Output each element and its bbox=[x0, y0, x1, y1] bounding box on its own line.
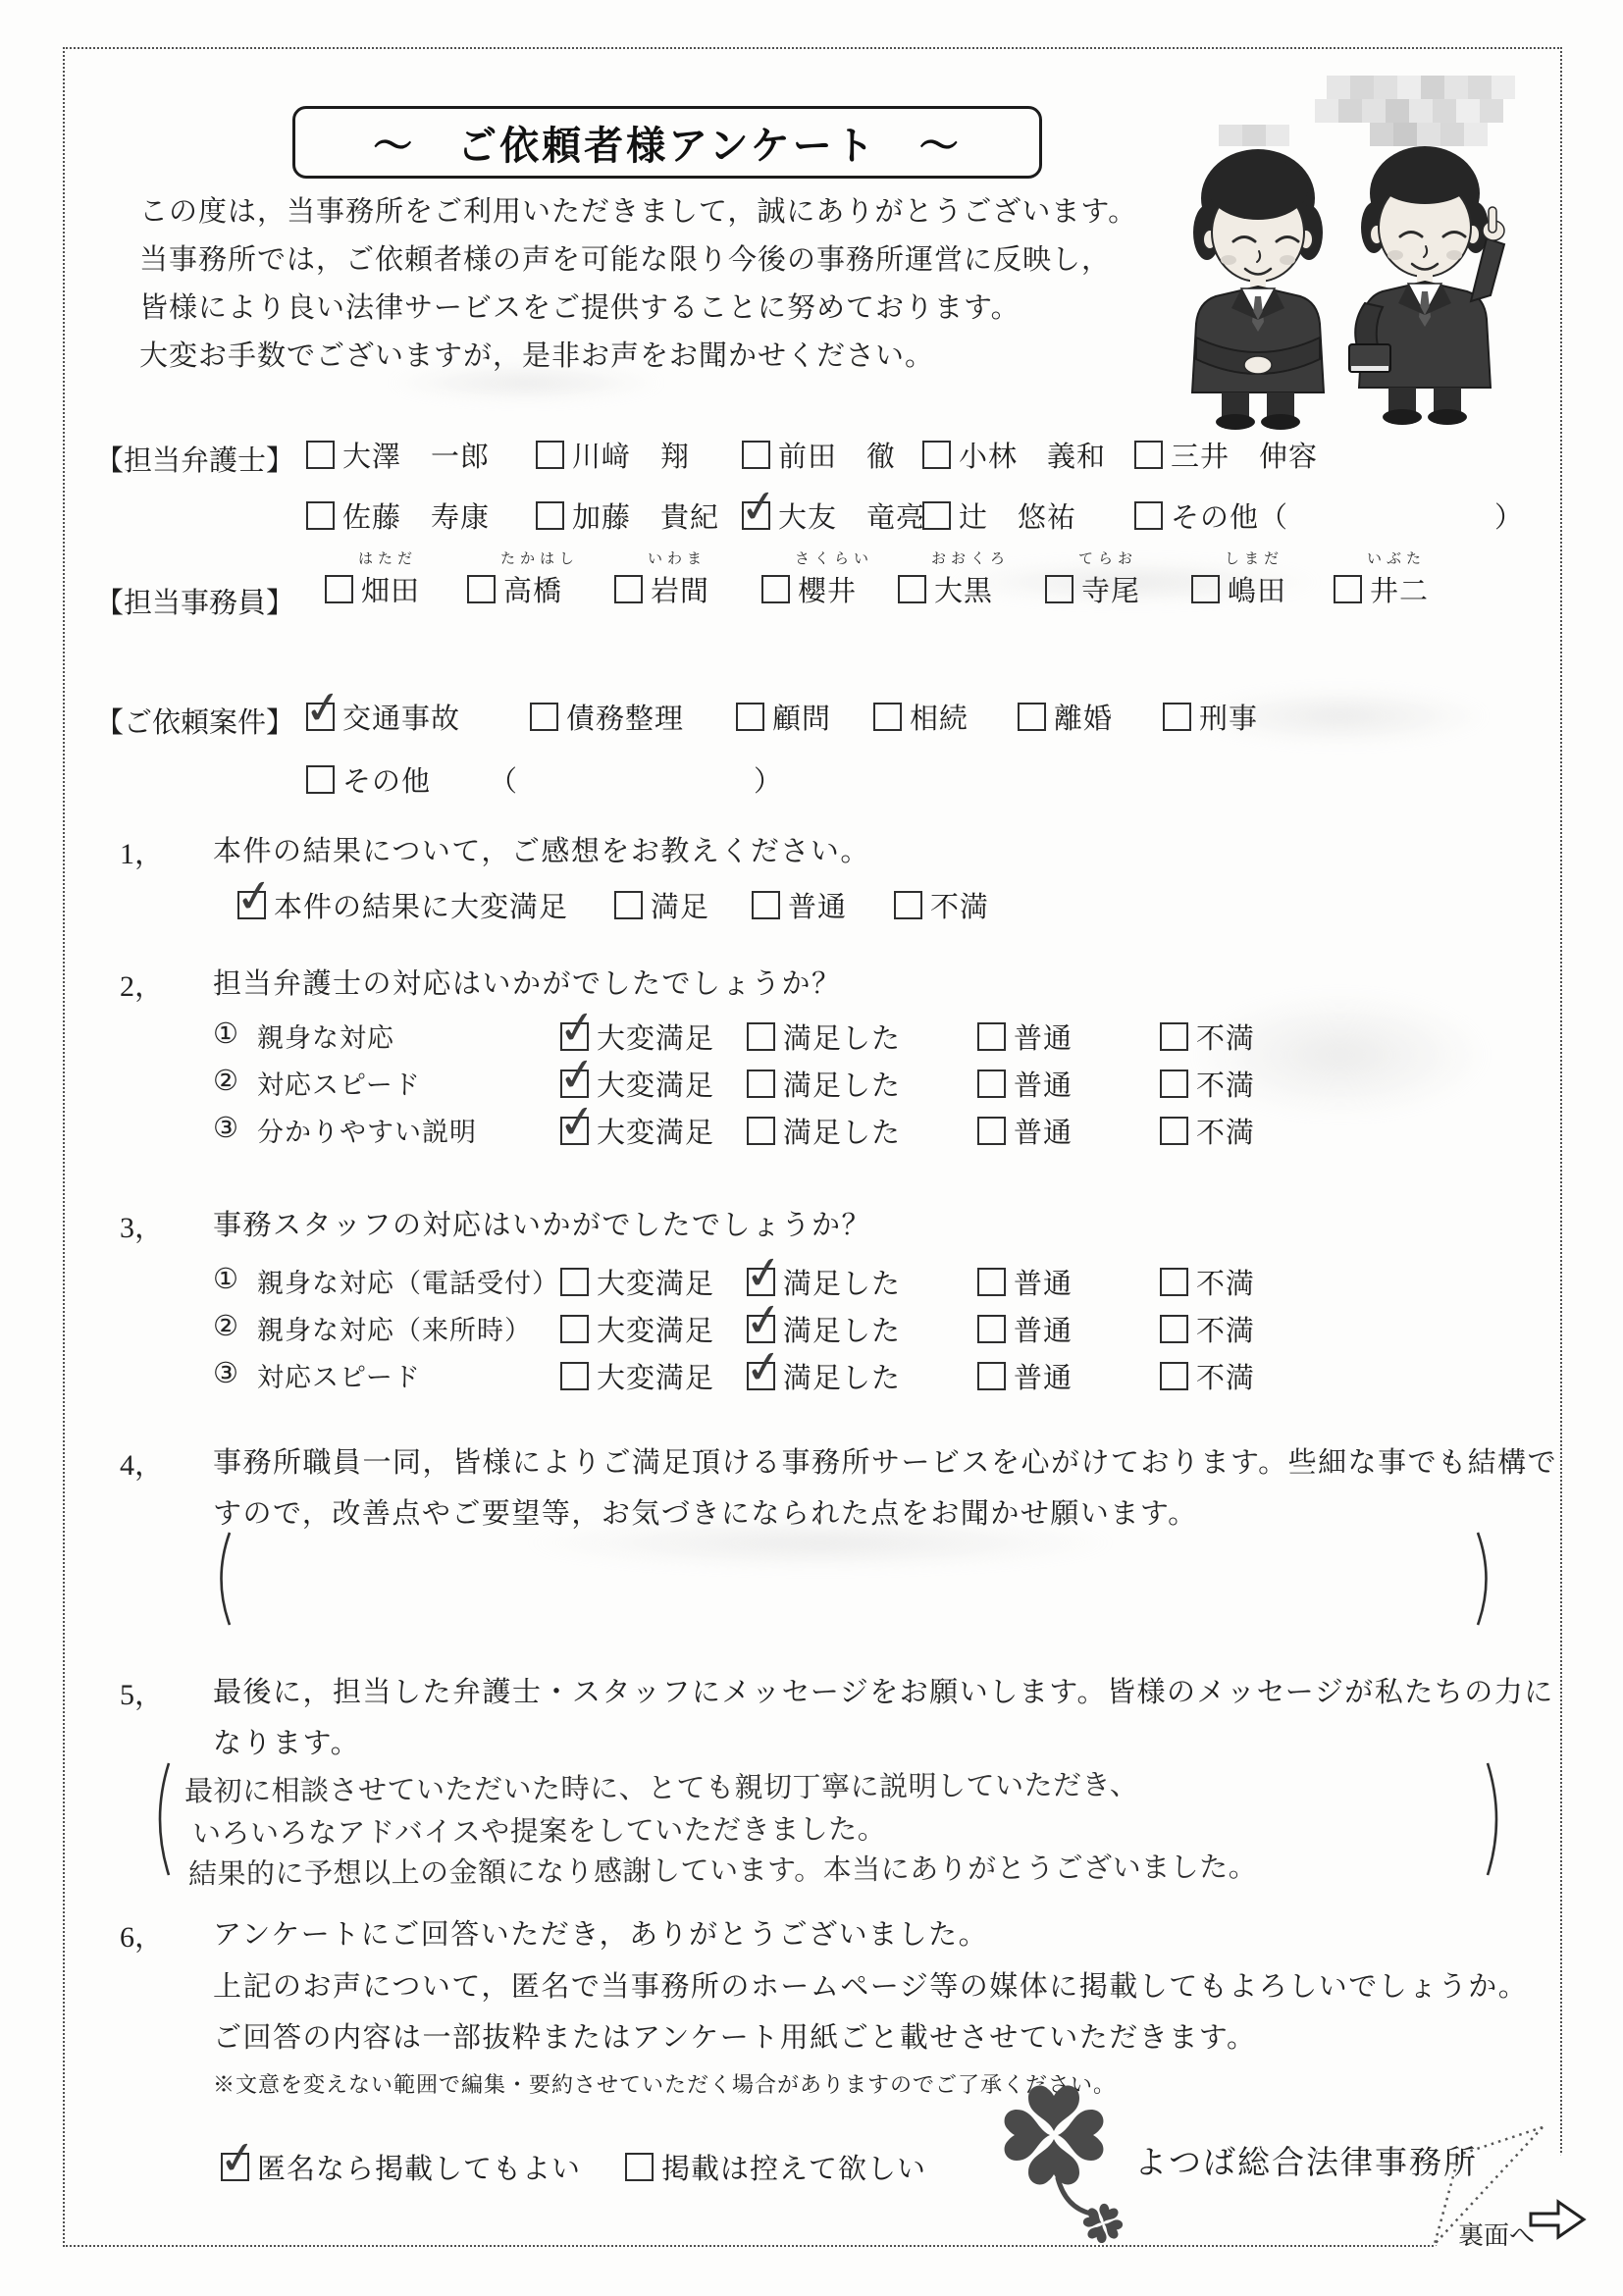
checkbox[interactable] bbox=[1160, 1070, 1188, 1098]
option-label: 加藤 貴紀 bbox=[572, 496, 719, 536]
option-label: 交通事故 bbox=[342, 697, 460, 737]
option-label: 前田 徹 bbox=[778, 435, 896, 475]
option-label: 不満 bbox=[1196, 1017, 1255, 1057]
checkbox[interactable] bbox=[1160, 1268, 1188, 1296]
two-lawyers-cartoon bbox=[1160, 76, 1552, 439]
row-label: 親身な対応 bbox=[257, 1017, 394, 1055]
handwritten-message-line: いろいろなアドバイスや提案をしていただきました。 bbox=[192, 1807, 886, 1852]
option-label: 大変満足 bbox=[597, 1064, 714, 1104]
option-label: 大黒 bbox=[934, 569, 993, 609]
row-number: ③ bbox=[213, 1356, 238, 1390]
option-label: 刑事 bbox=[1199, 697, 1258, 737]
q2-text: 担当弁護士の対応はいかがでしたでしょうか？ bbox=[213, 962, 842, 1002]
furigana: てらお bbox=[1045, 548, 1140, 569]
option-label: 佐藤 寿康 bbox=[342, 496, 490, 536]
option-label: 不満 bbox=[930, 885, 989, 925]
furigana: しまだ bbox=[1191, 548, 1286, 569]
row-label: 親身な対応（来所時） bbox=[257, 1309, 532, 1347]
checkbox[interactable] bbox=[237, 891, 266, 919]
row-number: ① bbox=[213, 1262, 238, 1296]
checkbox[interactable] bbox=[536, 441, 564, 469]
q3-option[interactable]: 不満 bbox=[1160, 1309, 1255, 1349]
checkbox[interactable] bbox=[1163, 703, 1191, 731]
checkbox[interactable] bbox=[536, 501, 564, 530]
furigana: いぶた bbox=[1334, 548, 1429, 569]
case-option[interactable]: 相続 bbox=[873, 697, 969, 737]
option-label: その他 bbox=[342, 759, 431, 800]
option-label: 普通 bbox=[1014, 1262, 1073, 1302]
q2-option[interactable]: 普通 bbox=[977, 1111, 1073, 1151]
checkbox[interactable] bbox=[977, 1315, 1006, 1343]
lawyer-option[interactable]: 前田 徹 bbox=[742, 435, 896, 475]
staff-option[interactable]: しまだ嶋田 bbox=[1191, 548, 1286, 609]
lawyer-row-2: 佐藤 寿康 加藤 貴紀 大友 竜亮 辻 悠祐 その他（ ） bbox=[65, 496, 1560, 537]
q1-option[interactable]: 満足 bbox=[614, 885, 709, 925]
lawyer-option[interactable]: 加藤 貴紀 bbox=[536, 496, 719, 536]
q1-option[interactable]: 普通 bbox=[752, 885, 847, 925]
option-label: 債務整理 bbox=[566, 697, 684, 737]
checkbox[interactable] bbox=[1160, 1022, 1188, 1051]
mosaic-redaction bbox=[1219, 76, 1515, 146]
q3-row-3: ③ 対応スピード 大変満足 満足した 普通 不満 bbox=[65, 1356, 1560, 1397]
q1-option[interactable]: 不満 bbox=[894, 885, 989, 925]
q4-text-line1: 事務所職員一同，皆様によりご満足頂ける事務所サービスを心がけております。些細な事… bbox=[213, 1440, 1557, 1481]
option-label: 掲載は控えて欲しい bbox=[661, 2147, 926, 2187]
option-label: 大澤 一郎 bbox=[342, 435, 490, 475]
checkbox[interactable] bbox=[1134, 501, 1163, 530]
q1-text: 本件の結果について，ご感想をお教えください。 bbox=[213, 829, 870, 869]
left-lawyer bbox=[1192, 149, 1324, 430]
checkbox[interactable] bbox=[1134, 441, 1163, 469]
q2-option[interactable]: 普通 bbox=[977, 1017, 1073, 1057]
handwritten-message-line: 最初に相談させていただいた時に、とても親切丁寧に説明していただき、 bbox=[184, 1763, 1139, 1810]
checkbox[interactable] bbox=[560, 1362, 589, 1390]
q2-option[interactable]: 普通 bbox=[977, 1064, 1073, 1104]
option-label: 大変満足 bbox=[597, 1111, 714, 1151]
checkbox[interactable] bbox=[736, 703, 764, 731]
form-title: ～ ご依頼者様アンケート ～ bbox=[373, 115, 962, 171]
option-label: 満足した bbox=[783, 1017, 901, 1057]
q3-text: 事務スタッフの対応はいかがでしたでしょうか？ bbox=[213, 1203, 871, 1243]
q2-option[interactable]: 大変満足 bbox=[560, 1111, 714, 1151]
checkbox[interactable] bbox=[1045, 575, 1073, 603]
checkbox[interactable] bbox=[977, 1117, 1006, 1145]
open-bracket bbox=[147, 1760, 173, 1883]
q2-option[interactable]: 不満 bbox=[1160, 1064, 1255, 1104]
option-label: 普通 bbox=[1014, 1111, 1073, 1151]
option-label: 寺尾 bbox=[1081, 569, 1140, 609]
row-label: 親身な対応（電話受付） bbox=[257, 1262, 559, 1300]
q3-option[interactable]: 不満 bbox=[1160, 1356, 1255, 1396]
right-arrow-icon[interactable] bbox=[1527, 2194, 1588, 2250]
option-label: 普通 bbox=[1014, 1017, 1073, 1057]
checkbox[interactable] bbox=[560, 1117, 589, 1145]
case-option[interactable]: 債務整理 bbox=[530, 697, 684, 737]
row-label: 対応スピード bbox=[257, 1064, 421, 1102]
checkbox[interactable] bbox=[530, 703, 558, 731]
row-number: ③ bbox=[213, 1111, 238, 1145]
form-title-box: ～ ご依頼者様アンケート ～ bbox=[292, 106, 1042, 179]
intro-line: この度は，当事務所をご利用いただきまして，誠にありがとうございます。 bbox=[139, 188, 1137, 236]
close-bracket bbox=[1474, 1530, 1499, 1633]
option-label: 満足した bbox=[783, 1111, 901, 1151]
checkbox[interactable] bbox=[560, 1315, 589, 1343]
q1-options: 本件の結果に大変満足 満足 普通 不満 bbox=[65, 885, 1560, 926]
q2-option[interactable]: 満足した bbox=[747, 1111, 901, 1151]
row-number: ② bbox=[213, 1064, 238, 1098]
option-label: 満足した bbox=[783, 1064, 901, 1104]
q2-option[interactable]: 不満 bbox=[1160, 1017, 1255, 1057]
row-number: ② bbox=[213, 1309, 238, 1343]
q3-number: 3， bbox=[120, 1203, 164, 1246]
option-label: 岩間 bbox=[651, 569, 709, 609]
checkbox[interactable] bbox=[614, 891, 643, 919]
staff-option[interactable]: おおくろ大黒 bbox=[898, 548, 1010, 609]
option-label: 普通 bbox=[788, 885, 847, 925]
staff-option[interactable]: てらお寺尾 bbox=[1045, 548, 1140, 609]
close-bracket bbox=[1484, 1760, 1509, 1883]
q2-row-1: ① 親身な対応 大変満足 満足した 普通 不満 bbox=[65, 1017, 1560, 1058]
checkbox[interactable] bbox=[325, 575, 353, 603]
intro-line: 当事務所では，ご依頼者様の声を可能な限り今後の事務所運営に反映し， bbox=[139, 236, 1137, 285]
checkbox[interactable] bbox=[625, 2153, 654, 2181]
option-label: 満足した bbox=[783, 1309, 901, 1349]
furigana: さくらい bbox=[761, 548, 873, 569]
checkbox[interactable] bbox=[306, 703, 335, 731]
furigana: たかはし bbox=[467, 548, 579, 569]
q5-text-line2: なります。 bbox=[213, 1721, 360, 1761]
checkbox[interactable] bbox=[922, 501, 951, 530]
checkbox[interactable] bbox=[977, 1022, 1006, 1051]
checkbox[interactable] bbox=[306, 441, 335, 469]
lawyer-row-1: 大澤 一郎 川﨑 翔 前田 徹 小林 義和 三井 伸容 bbox=[65, 435, 1560, 476]
checkbox[interactable] bbox=[614, 575, 643, 603]
staff-option[interactable]: いぶた井二 bbox=[1334, 548, 1429, 609]
option-label: 高橋 bbox=[503, 569, 562, 609]
open-bracket bbox=[208, 1530, 234, 1633]
q3-option[interactable]: 大変満足 bbox=[560, 1309, 714, 1349]
row-label: 分かりやすい説明 bbox=[257, 1111, 477, 1149]
option-label: 小林 義和 bbox=[959, 435, 1106, 475]
other-fill-in-paren[interactable]: （ ） bbox=[489, 759, 783, 800]
option-label: 顧問 bbox=[772, 697, 831, 737]
publish-option[interactable]: 匿名なら掲載してもよい bbox=[221, 2147, 581, 2187]
option-label: 大変満足 bbox=[597, 1017, 714, 1057]
option-label: 大変満足 bbox=[597, 1262, 714, 1302]
page-fold bbox=[1344, 2011, 1623, 2296]
option-label: 普通 bbox=[1014, 1356, 1073, 1396]
option-label: 不満 bbox=[1196, 1064, 1255, 1104]
lawyer-option[interactable]: 大澤 一郎 bbox=[306, 435, 490, 475]
option-label: 普通 bbox=[1014, 1309, 1073, 1349]
option-label: 嶋田 bbox=[1228, 569, 1286, 609]
checkbox[interactable] bbox=[221, 2153, 249, 2181]
case-option[interactable]: 顧問 bbox=[736, 697, 831, 737]
checkbox[interactable] bbox=[747, 1070, 775, 1098]
furigana: はただ bbox=[325, 548, 420, 569]
option-label: 大変満足 bbox=[597, 1356, 714, 1396]
lawyer-option[interactable]: その他（ ） bbox=[1134, 496, 1524, 536]
option-label: 三井 伸容 bbox=[1171, 435, 1318, 475]
checkbox[interactable] bbox=[747, 1022, 775, 1051]
checkbox[interactable] bbox=[873, 703, 902, 731]
option-label: 匿名なら掲載してもよい bbox=[257, 2147, 581, 2187]
lawyer-option[interactable]: 辻 悠祐 bbox=[922, 496, 1076, 536]
checkbox[interactable] bbox=[1334, 575, 1362, 603]
intro-line: 皆様により良い法律サービスをご提供することに努めております。 bbox=[139, 285, 1137, 333]
option-label: 満足 bbox=[651, 885, 709, 925]
q2-option[interactable]: 不満 bbox=[1160, 1111, 1255, 1151]
checkbox[interactable] bbox=[560, 1268, 589, 1296]
option-label: 畑田 bbox=[361, 569, 420, 609]
lawyer-option[interactable]: 佐藤 寿康 bbox=[306, 496, 490, 536]
q2-option[interactable]: 満足した bbox=[747, 1017, 901, 1057]
publish-option[interactable]: 掲載は控えて欲しい bbox=[625, 2147, 926, 2187]
checkbox[interactable] bbox=[977, 1268, 1006, 1296]
option-label: 普通 bbox=[1014, 1064, 1073, 1104]
option-label: その他（ ） bbox=[1171, 496, 1524, 536]
checkbox[interactable] bbox=[1191, 575, 1220, 603]
checkbox[interactable] bbox=[1160, 1362, 1188, 1390]
handwritten-message-line: 結果的に予想以上の金額になり感謝しています。本当にありがとうございました。 bbox=[188, 1845, 1257, 1893]
right-lawyer bbox=[1349, 146, 1504, 425]
lawyer-option[interactable]: 大友 竜亮 bbox=[742, 496, 925, 536]
checkbox[interactable] bbox=[922, 441, 951, 469]
option-label: 井二 bbox=[1370, 569, 1429, 609]
checkbox[interactable] bbox=[898, 575, 926, 603]
q3-option[interactable]: 普通 bbox=[977, 1309, 1073, 1349]
checkbox[interactable] bbox=[1160, 1315, 1188, 1343]
case-row-2: その他 （ ） bbox=[65, 759, 1560, 801]
option-label: 辻 悠祐 bbox=[959, 496, 1076, 536]
q6-text-line3: ご回答の内容は一部抜粋またはアンケート用紙ごと載せさせていただきます。 bbox=[213, 2015, 1256, 2056]
intro-paragraph: この度は，当事務所をご利用いただきまして，誠にありがとうございます。 当事務所で… bbox=[139, 188, 1137, 381]
furigana: いわま bbox=[614, 548, 709, 569]
checkbox[interactable] bbox=[306, 501, 335, 530]
option-label: 川﨑 翔 bbox=[572, 435, 690, 475]
option-label: 不満 bbox=[1196, 1309, 1255, 1349]
q2-row-3: ③ 分かりやすい説明 大変満足 満足した 普通 不満 bbox=[65, 1111, 1560, 1152]
q4-text-line2: すので，改善点やご要望等，お気づきになられた点をお聞かせ願います。 bbox=[213, 1491, 1198, 1532]
checkbox[interactable] bbox=[894, 891, 922, 919]
option-label: 離婚 bbox=[1054, 697, 1113, 737]
case-option-other[interactable]: その他 bbox=[306, 759, 431, 800]
option-label: 満足した bbox=[783, 1356, 901, 1396]
checkbox[interactable] bbox=[306, 765, 335, 794]
q3-option[interactable]: 大変満足 bbox=[560, 1356, 714, 1396]
case-option[interactable]: 刑事 bbox=[1163, 697, 1258, 737]
survey-sheet: ～ ご依頼者様アンケート ～ この度は，当事務所をご利用いただきまして，誠にあり… bbox=[63, 47, 1562, 2247]
lawyers-illustration bbox=[1160, 76, 1552, 444]
option-label: 本件の結果に大変満足 bbox=[274, 885, 568, 925]
q1-option[interactable]: 本件の結果に大変満足 bbox=[237, 885, 568, 925]
q1-number: 1， bbox=[120, 829, 164, 872]
q6-text-line1: アンケートにご回答いただき，ありがとうございました。 bbox=[213, 1912, 988, 1953]
option-label: 不満 bbox=[1196, 1111, 1255, 1151]
q5-number: 5， bbox=[120, 1670, 164, 1713]
q6-number: 6， bbox=[120, 1912, 164, 1956]
back-side-label: 裏面へ bbox=[1458, 2216, 1535, 2252]
option-label: 大友 竜亮 bbox=[778, 496, 925, 536]
q3-row-1: ① 親身な対応（電話受付） 大変満足 満足した 普通 不満 bbox=[65, 1262, 1560, 1303]
lawyer-option[interactable]: 小林 義和 bbox=[922, 435, 1106, 475]
staff-option[interactable]: たかはし高橋 bbox=[467, 548, 579, 609]
q3-option[interactable]: 満足した bbox=[747, 1356, 901, 1396]
row-number: ① bbox=[213, 1017, 238, 1051]
staff-row: はただ畑田 たかはし高橋 いわま岩間 さくらい櫻井 おおくろ大黒 てらお寺尾 し… bbox=[65, 548, 1560, 616]
staff-option[interactable]: はただ畑田 bbox=[325, 548, 420, 609]
q3-option[interactable]: 普通 bbox=[977, 1356, 1073, 1396]
q3-option[interactable]: 普通 bbox=[977, 1262, 1073, 1302]
case-option[interactable]: 離婚 bbox=[1018, 697, 1113, 737]
checkbox[interactable] bbox=[1018, 703, 1046, 731]
option-label: 満足した bbox=[783, 1262, 901, 1302]
q3-row-2: ② 親身な対応（来所時） 大変満足 満足した 普通 不満 bbox=[65, 1309, 1560, 1350]
q2-number: 2， bbox=[120, 962, 164, 1005]
option-label: 大変満足 bbox=[597, 1309, 714, 1349]
q5-text-line1: 最後に，担当した弁護士・スタッフにメッセージをお願いします。皆様のメッセージが私… bbox=[213, 1670, 1554, 1710]
lawyer-option[interactable]: 川﨑 翔 bbox=[536, 435, 690, 475]
checkbox[interactable] bbox=[977, 1362, 1006, 1390]
checkbox[interactable] bbox=[747, 1117, 775, 1145]
intro-line: 大変お手数でございますが，是非お声をお聞かせください。 bbox=[139, 333, 1137, 381]
option-label: 不満 bbox=[1196, 1356, 1255, 1396]
furigana: おおくろ bbox=[898, 548, 1010, 569]
checkbox[interactable] bbox=[752, 891, 780, 919]
option-label: 不満 bbox=[1196, 1262, 1255, 1302]
q2-row-2: ② 対応スピード 大変満足 満足した 普通 不満 bbox=[65, 1064, 1560, 1105]
case-row-1: 交通事故 債務整理 顧問 相続 離婚 刑事 bbox=[65, 697, 1560, 738]
q6-text-line2: 上記のお声について，匿名で当事務所のホームページ等の媒体に掲載してもよろしいでし… bbox=[213, 1964, 1528, 2005]
option-label: 相続 bbox=[910, 697, 969, 737]
option-label: 櫻井 bbox=[798, 569, 857, 609]
q3-option[interactable]: 大変満足 bbox=[560, 1262, 714, 1302]
checkbox[interactable] bbox=[747, 1362, 775, 1390]
q3-option[interactable]: 不満 bbox=[1160, 1262, 1255, 1302]
checkbox[interactable] bbox=[761, 575, 790, 603]
checkbox[interactable] bbox=[742, 441, 770, 469]
checkbox[interactable] bbox=[1160, 1117, 1188, 1145]
case-option[interactable]: 交通事故 bbox=[306, 697, 460, 737]
lawyer-option[interactable]: 三井 伸容 bbox=[1134, 435, 1318, 475]
row-label: 対応スピード bbox=[257, 1356, 421, 1394]
staff-option[interactable]: さくらい櫻井 bbox=[761, 548, 873, 609]
staff-option[interactable]: いわま岩間 bbox=[614, 548, 709, 609]
checkbox[interactable] bbox=[742, 501, 770, 530]
checkbox[interactable] bbox=[467, 575, 496, 603]
clover-logo-icon bbox=[993, 2076, 1140, 2248]
q6-note: ※文意を変えない範囲で編集・要約させていただく場合がありますのでご了承ください。 bbox=[213, 2068, 1116, 2099]
checkbox[interactable] bbox=[977, 1070, 1006, 1098]
q2-option[interactable]: 満足した bbox=[747, 1064, 901, 1104]
q4-number: 4， bbox=[120, 1440, 164, 1484]
